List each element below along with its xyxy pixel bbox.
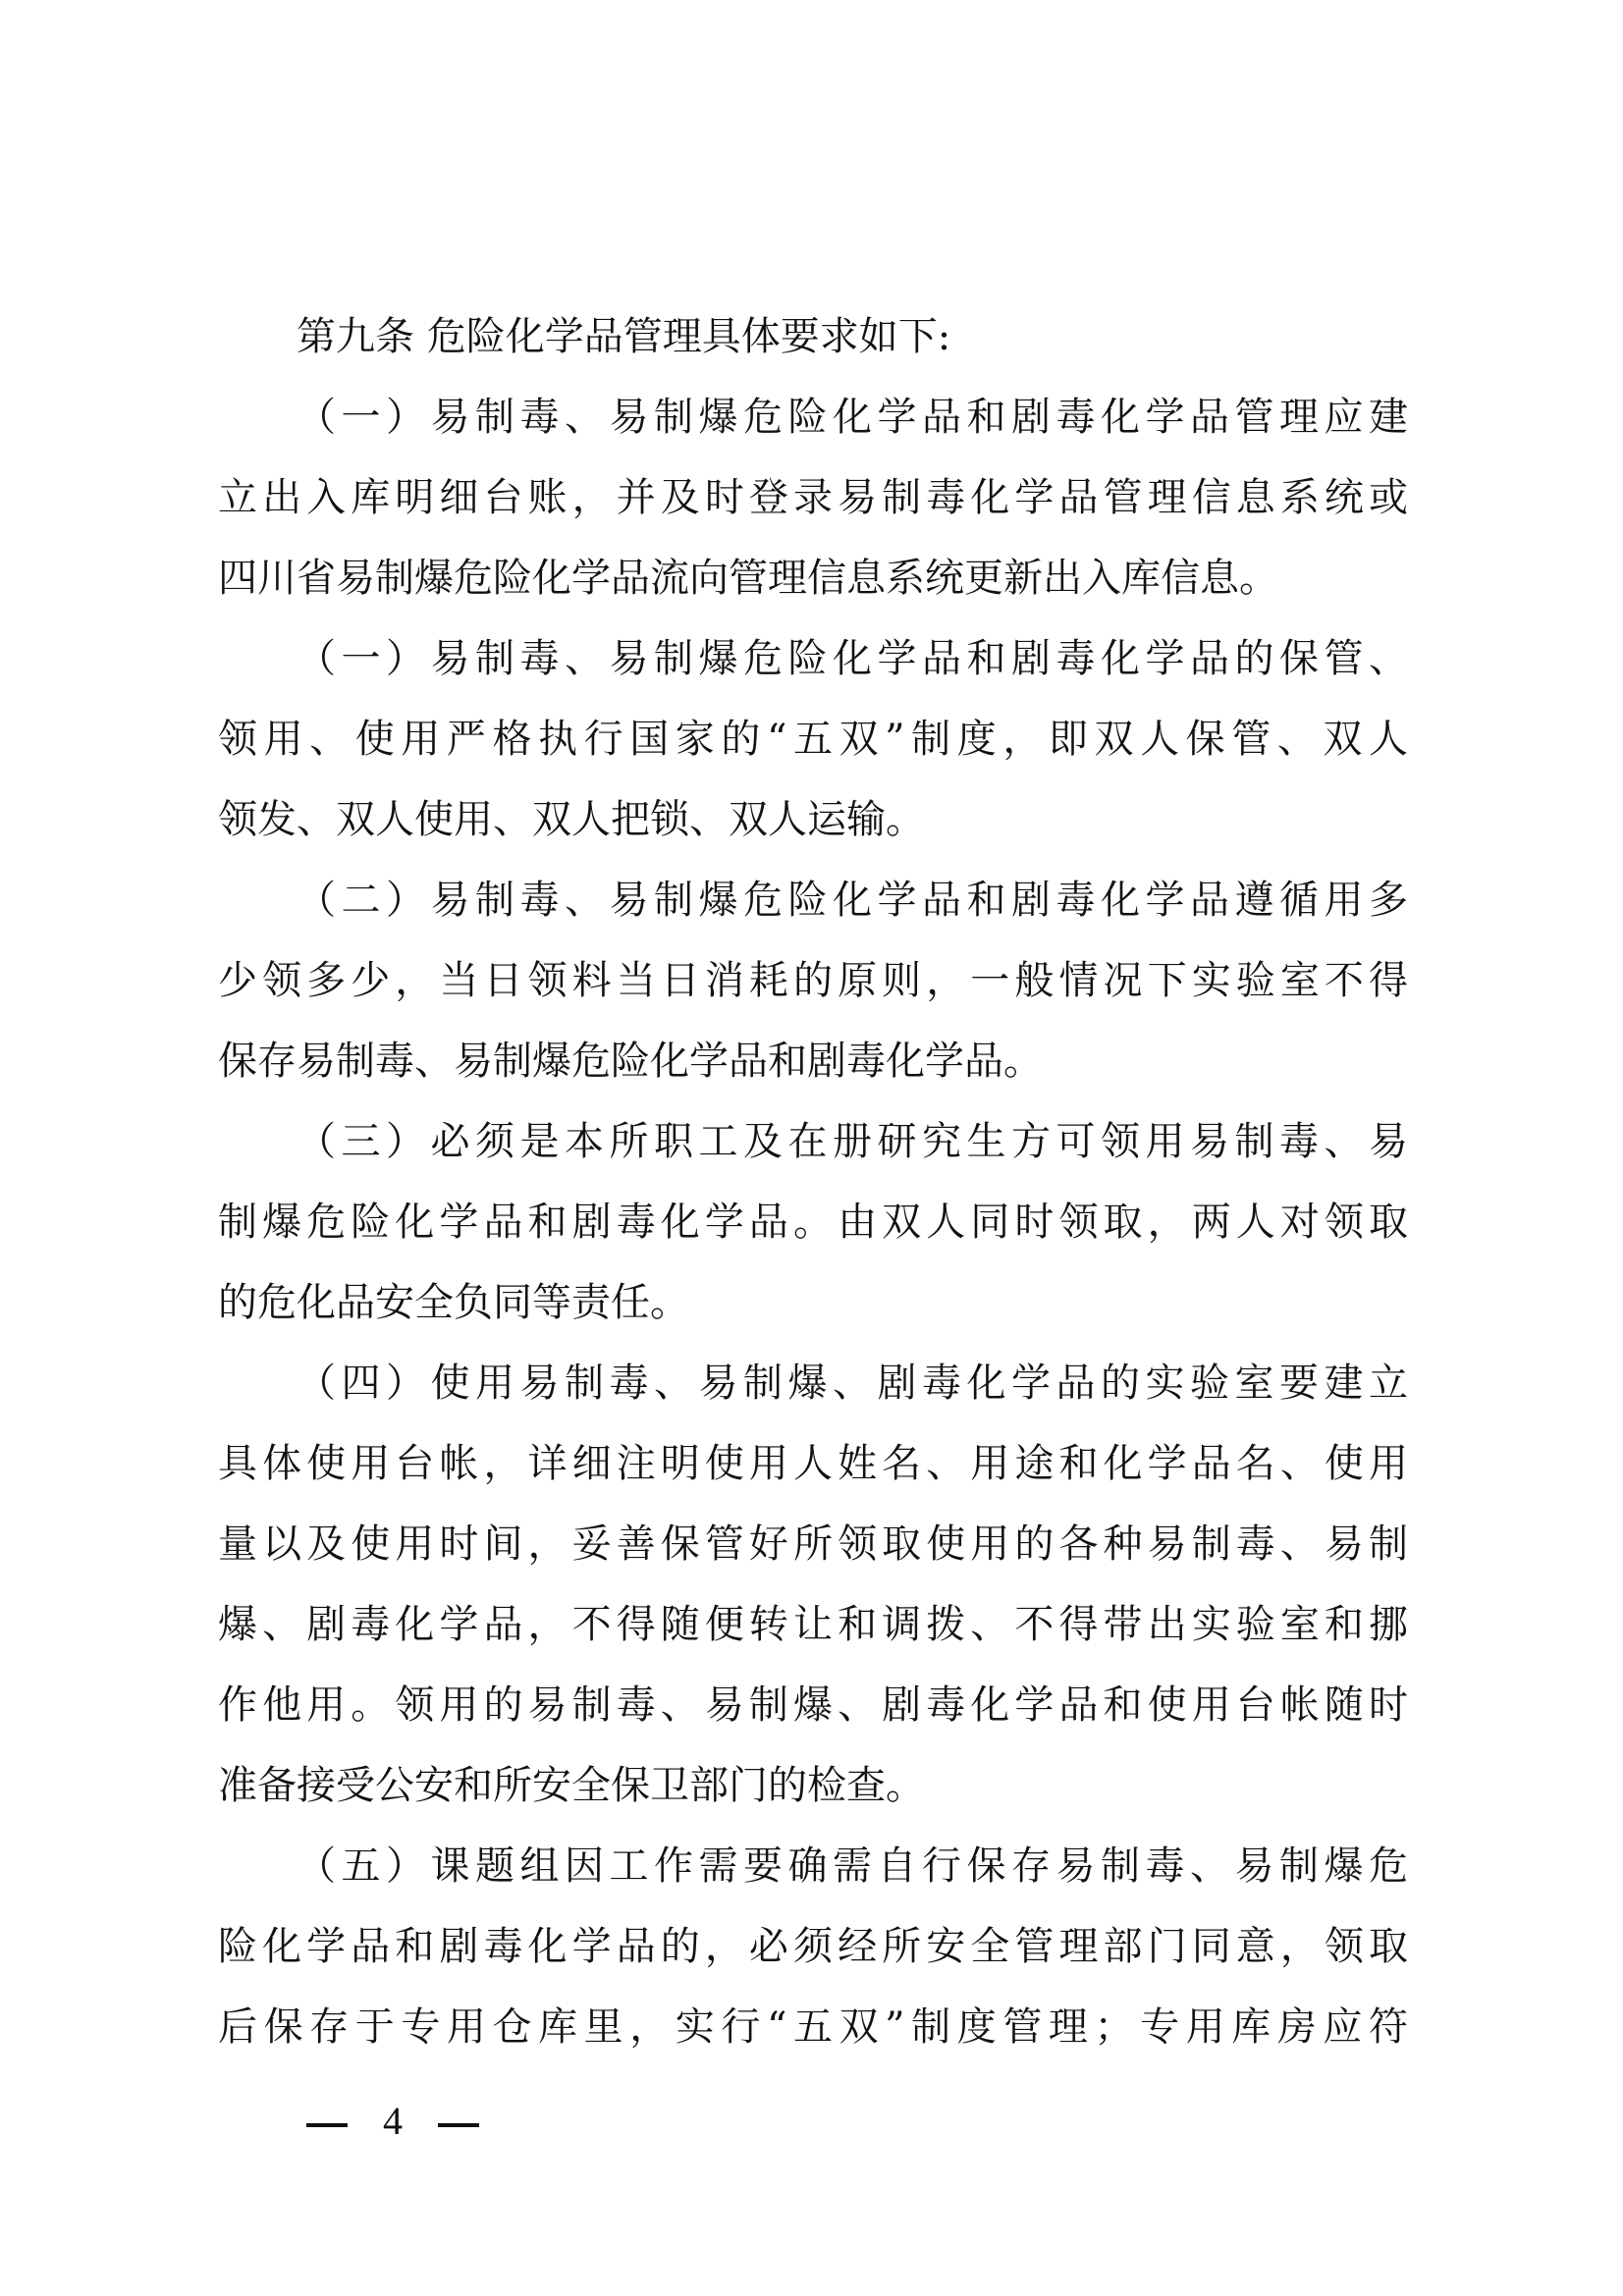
paragraph-line: 领用、使用严格执行国家的“五双”制度，即双人保管、双人	[218, 699, 1408, 779]
paragraph-line: 四川省易制爆危险化学品流向管理信息系统更新出入库信息。	[218, 538, 1408, 618]
paragraph-line: 爆、剧毒化学品，不得随便转让和调拨、不得带出实验室和挪	[218, 1584, 1408, 1665]
paragraph-line: 具体使用台帐，详细注明使用人姓名、用途和化学品名、使用	[218, 1423, 1408, 1504]
paragraph-line: （五）课题组因工作需要确需自行保存易制毒、易制爆危	[218, 1826, 1408, 1906]
article-heading: 第九条 危险化学品管理具体要求如下:	[218, 296, 1408, 377]
dash-right	[438, 2123, 479, 2127]
paragraph-line: 险化学品和剧毒化学品的，必须经所安全管理部门同意，领取	[218, 1906, 1408, 1987]
paragraph-line: 领发、双人使用、双人把锁、双人运输。	[218, 779, 1408, 860]
paragraph-line: 量以及使用时间，妥善保管好所领取使用的各种易制毒、易制	[218, 1504, 1408, 1584]
paragraph-line: 少领多少，当日领料当日消耗的原则，一般情况下实验室不得	[218, 940, 1408, 1021]
paragraph-line: 立出入库明细台账，并及时登录易制毒化学品管理信息系统或	[218, 457, 1408, 538]
page-footer: 4	[267, 2052, 479, 2190]
paragraph-line: 作他用。领用的易制毒、易制爆、剧毒化学品和使用台帐随时	[218, 1665, 1408, 1745]
paragraph-line: （一）易制毒、易制爆危险化学品和剧毒化学品的保管、	[218, 618, 1408, 699]
paragraph-line: 保存易制毒、易制爆危险化学品和剧毒化学品。	[218, 1021, 1408, 1101]
paragraph-line: 准备接受公安和所安全保卫部门的检查。	[218, 1745, 1408, 1826]
paragraph-line: 制爆危险化学品和剧毒化学品。由双人同时领取，两人对领取	[218, 1182, 1408, 1262]
paragraph-line: （三）必须是本所职工及在册研究生方可领用易制毒、易	[218, 1101, 1408, 1182]
paragraph-line: （一）易制毒、易制爆危险化学品和剧毒化学品管理应建	[218, 377, 1408, 457]
paragraph-line: （四）使用易制毒、易制爆、剧毒化学品的实验室要建立	[218, 1343, 1408, 1423]
paragraph-line: （二）易制毒、易制爆危险化学品和剧毒化学品遵循用多	[218, 860, 1408, 940]
page-number: 4	[383, 2098, 403, 2144]
paragraph-line: 的危化品安全负同等责任。	[218, 1262, 1408, 1343]
dash-left	[306, 2123, 348, 2127]
document-page: 第九条 危险化学品管理具体要求如下: （一）易制毒、易制爆危险化学品和剧毒化学品…	[0, 0, 1623, 2296]
article-body: 第九条 危险化学品管理具体要求如下: （一）易制毒、易制爆危险化学品和剧毒化学品…	[218, 296, 1408, 2067]
